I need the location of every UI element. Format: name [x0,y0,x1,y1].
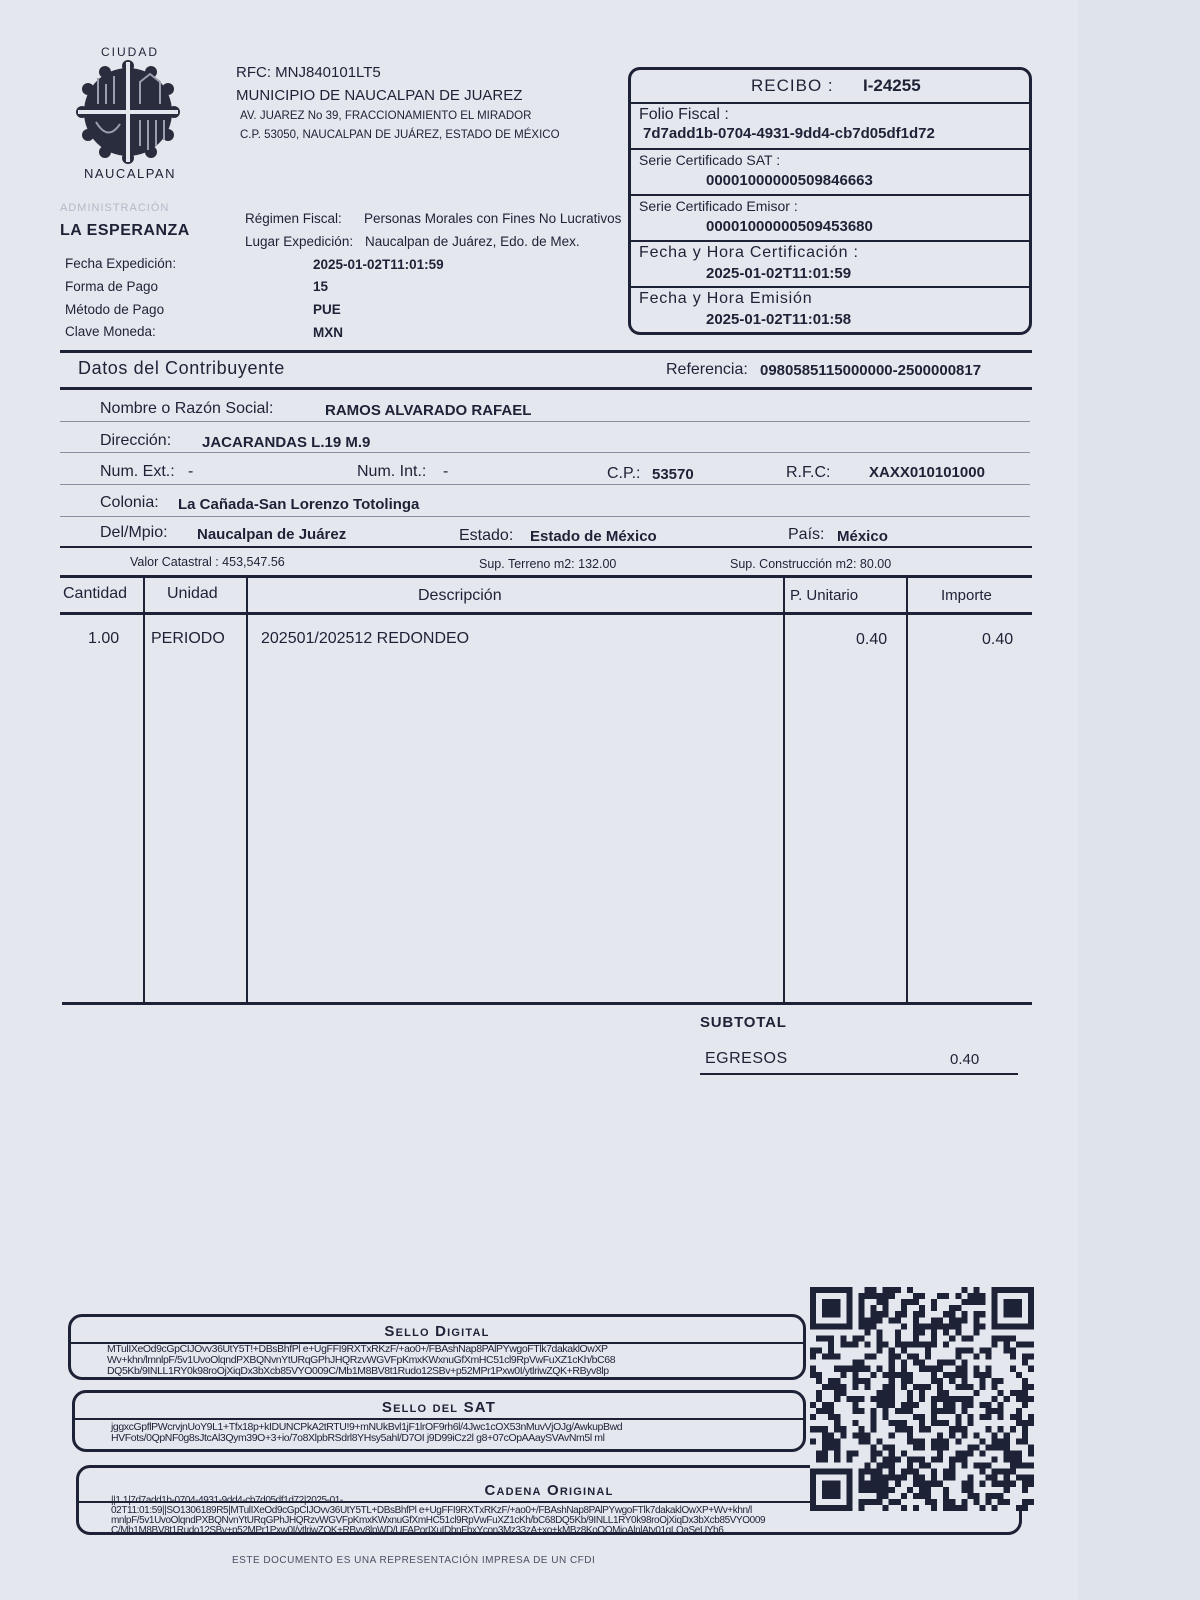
subtotal-label: SUBTOTAL [700,1014,787,1031]
clave-moneda-label: Clave Moneda: [65,324,156,339]
pais-label: País: [788,526,824,544]
serie-emisor-label: Serie Certificado Emisor : [639,198,798,214]
clave-moneda-value: MXN [313,325,343,340]
direccion-label: Dirección: [100,432,171,450]
regimen-fiscal-value: Personas Morales con Fines No Lucrativos [364,211,621,226]
sup-construccion: Sup. Construcción m2: 80.00 [730,557,891,571]
estado-label: Estado: [459,527,513,545]
paper-margin [1078,0,1200,1600]
office-name: LA ESPERANZA [60,222,190,240]
serie-emisor-row: Serie Certificado Emisor : 0000100000050… [631,196,1029,242]
colonia-value: La Cañada-San Lorenzo Totolinga [178,496,419,513]
metodo-pago-label: Método de Pago [65,302,164,317]
header-unidad: Unidad [167,585,218,603]
cell-descripcion: 202501/202512 REDONDEO [261,630,469,648]
metodo-pago-value: PUE [313,302,341,317]
issuer-rfc: RFC: MNJ840101LT5 [236,64,381,81]
fecha-expedicion-value: 2025-01-02T11:01:59 [313,257,444,272]
cell-unidad: PERIODO [151,630,225,648]
lugar-expedicion-label: Lugar Expedición: [245,234,353,249]
column-divider [143,576,145,1004]
forma-pago-label: Forma de Pago [65,279,158,294]
cell-cantidad: 1.00 [88,630,119,648]
sello-sat-box: Sello del SAT jggxcGpflPWcrvjnUoY9L1+Tfx… [72,1390,806,1452]
num-ext-value: - [188,463,193,481]
divider [60,387,1032,390]
svg-text:NAUCALPAN: NAUCALPAN [84,166,176,181]
cp-value: 53570 [652,466,694,483]
column-divider [783,576,785,1004]
cell-importe: 0.40 [982,631,1013,649]
num-int-value: - [443,463,448,481]
regimen-fiscal-label: Régimen Fiscal: [245,211,342,226]
qr-code [810,1287,1034,1511]
folio-fiscal-value: 7d7add1b-0704-4931-9dd4-cb7d05df1d72 [643,125,935,142]
divider [60,516,1030,517]
egresos-value: 0.40 [950,1051,979,1068]
serie-emisor-value: 00001000000509453680 [706,218,873,235]
municipio-label: Del/Mpio: [100,524,168,542]
folio-fiscal-row: Folio Fiscal : 7d7add1b-0704-4931-9dd4-c… [631,104,1029,150]
serie-sat-value: 00001000000509846663 [706,172,873,189]
divider [60,546,1032,548]
referencia-label: Referencia: [666,361,748,379]
sello-sat-text: jggxcGpflPWcrvjnUoY9L1+Tfx18p+kIDUNCPkA2… [111,1422,622,1444]
folio-fiscal-label: Folio Fiscal : [639,106,729,124]
svg-text:CIUDAD: CIUDAD [101,45,159,59]
rfc-value: XAXX010101000 [869,464,985,481]
header-cantidad: Cantidad [63,585,127,603]
receipt-certification-box: RECIBO : I-24255 Folio Fiscal : 7d7add1b… [628,67,1032,335]
contributor-section-title: Datos del Contribuyente [78,358,285,379]
nombre-value: RAMOS ALVARADO RAFAEL [325,402,531,419]
column-divider [246,576,248,1004]
cadena-original-text: ||1.1|7d7add1b-0704-4931-9dd4-cb7d05df1d… [111,1496,765,1536]
divider [60,421,1030,422]
issuer-address-line2: C.P. 53050, NAUCALPAN DE JUÁREZ, ESTADO … [240,129,560,141]
divider [75,1418,803,1420]
certification-date-value: 2025-01-02T11:01:59 [706,265,851,282]
forma-pago-value: 15 [313,279,328,294]
referencia-value: 0980585115000000-2500000817 [760,362,981,379]
pais-value: México [837,528,888,545]
table-header-border [60,612,1032,615]
sello-sat-title: Sello del SAT [75,1399,803,1416]
egresos-label: EGRESOS [705,1050,788,1068]
num-int-label: Num. Int.: [357,463,426,481]
sello-digital-text: MTulIXeOd9cGpCIJOvv36UtY5T!+DBsBhfPl e+U… [107,1344,615,1377]
cfdi-footer-note: ESTE DOCUMENTO ES UNA REPRESENTACIÓN IMP… [232,1555,595,1566]
emission-date-row: Fecha y Hora Emisión 2025-01-02T11:01:58 [631,288,1029,334]
header-descripcion: Descripción [418,587,502,605]
table-bottom-border [62,1002,1032,1005]
cell-p-unitario: 0.40 [856,631,887,649]
office-faded-label: ADMINISTRACIÓN [60,202,169,214]
colonia-label: Colonia: [100,494,159,512]
serie-sat-row: Serie Certificado SAT : 0000100000050984… [631,150,1029,196]
divider [60,350,1032,353]
totals-underline [700,1073,1018,1075]
recibo-number: I-24255 [863,76,921,96]
fecha-expedicion-label: Fecha Expedición: [65,256,176,271]
issuer-name: MUNICIPIO DE NAUCALPAN DE JUAREZ [236,87,522,104]
serie-sat-label: Serie Certificado SAT : [639,152,780,168]
table-top-border [60,575,1032,578]
sello-digital-title: Sello Digital [71,1323,803,1340]
certification-date-row: Fecha y Hora Certificación : 2025-01-02T… [631,242,1029,288]
header-p-unitario: P. Unitario [790,587,858,604]
emission-date-value: 2025-01-02T11:01:58 [706,311,851,328]
emission-date-label: Fecha y Hora Emisión [639,290,812,308]
num-ext-label: Num. Ext.: [100,463,175,481]
certification-date-label: Fecha y Hora Certificación : [639,244,859,262]
recibo-row: RECIBO : I-24255 [631,70,1029,104]
header-importe: Importe [941,587,992,604]
recibo-label: RECIBO : [751,76,834,96]
direccion-value: JACARANDAS L.19 M.9 [202,434,370,451]
sup-terreno: Sup. Terreno m2: 132.00 [479,557,616,571]
nombre-label: Nombre o Razón Social: [100,400,273,418]
issuer-address-line1: AV. JUAREZ No 39, FRACCIONAMIENTO EL MIR… [240,110,531,122]
divider [60,484,1030,485]
lugar-expedicion-value: Naucalpan de Juárez, Edo. de Mex. [365,234,580,249]
divider [60,452,1030,453]
column-divider [906,576,908,1004]
municipio-value: Naucalpan de Juárez [197,526,346,543]
estado-value: Estado de México [530,528,657,545]
naucalpan-city-seal-logo: CIUDAD NAUCALPAN [70,44,190,184]
sello-digital-box: Sello Digital MTulIXeOd9cGpCIJOvv36UtY5T… [68,1314,806,1380]
rfc-label: R.F.C: [786,464,830,482]
cp-label: C.P.: [607,465,641,483]
valor-catastral: Valor Catastral : 453,547.56 [130,555,285,569]
